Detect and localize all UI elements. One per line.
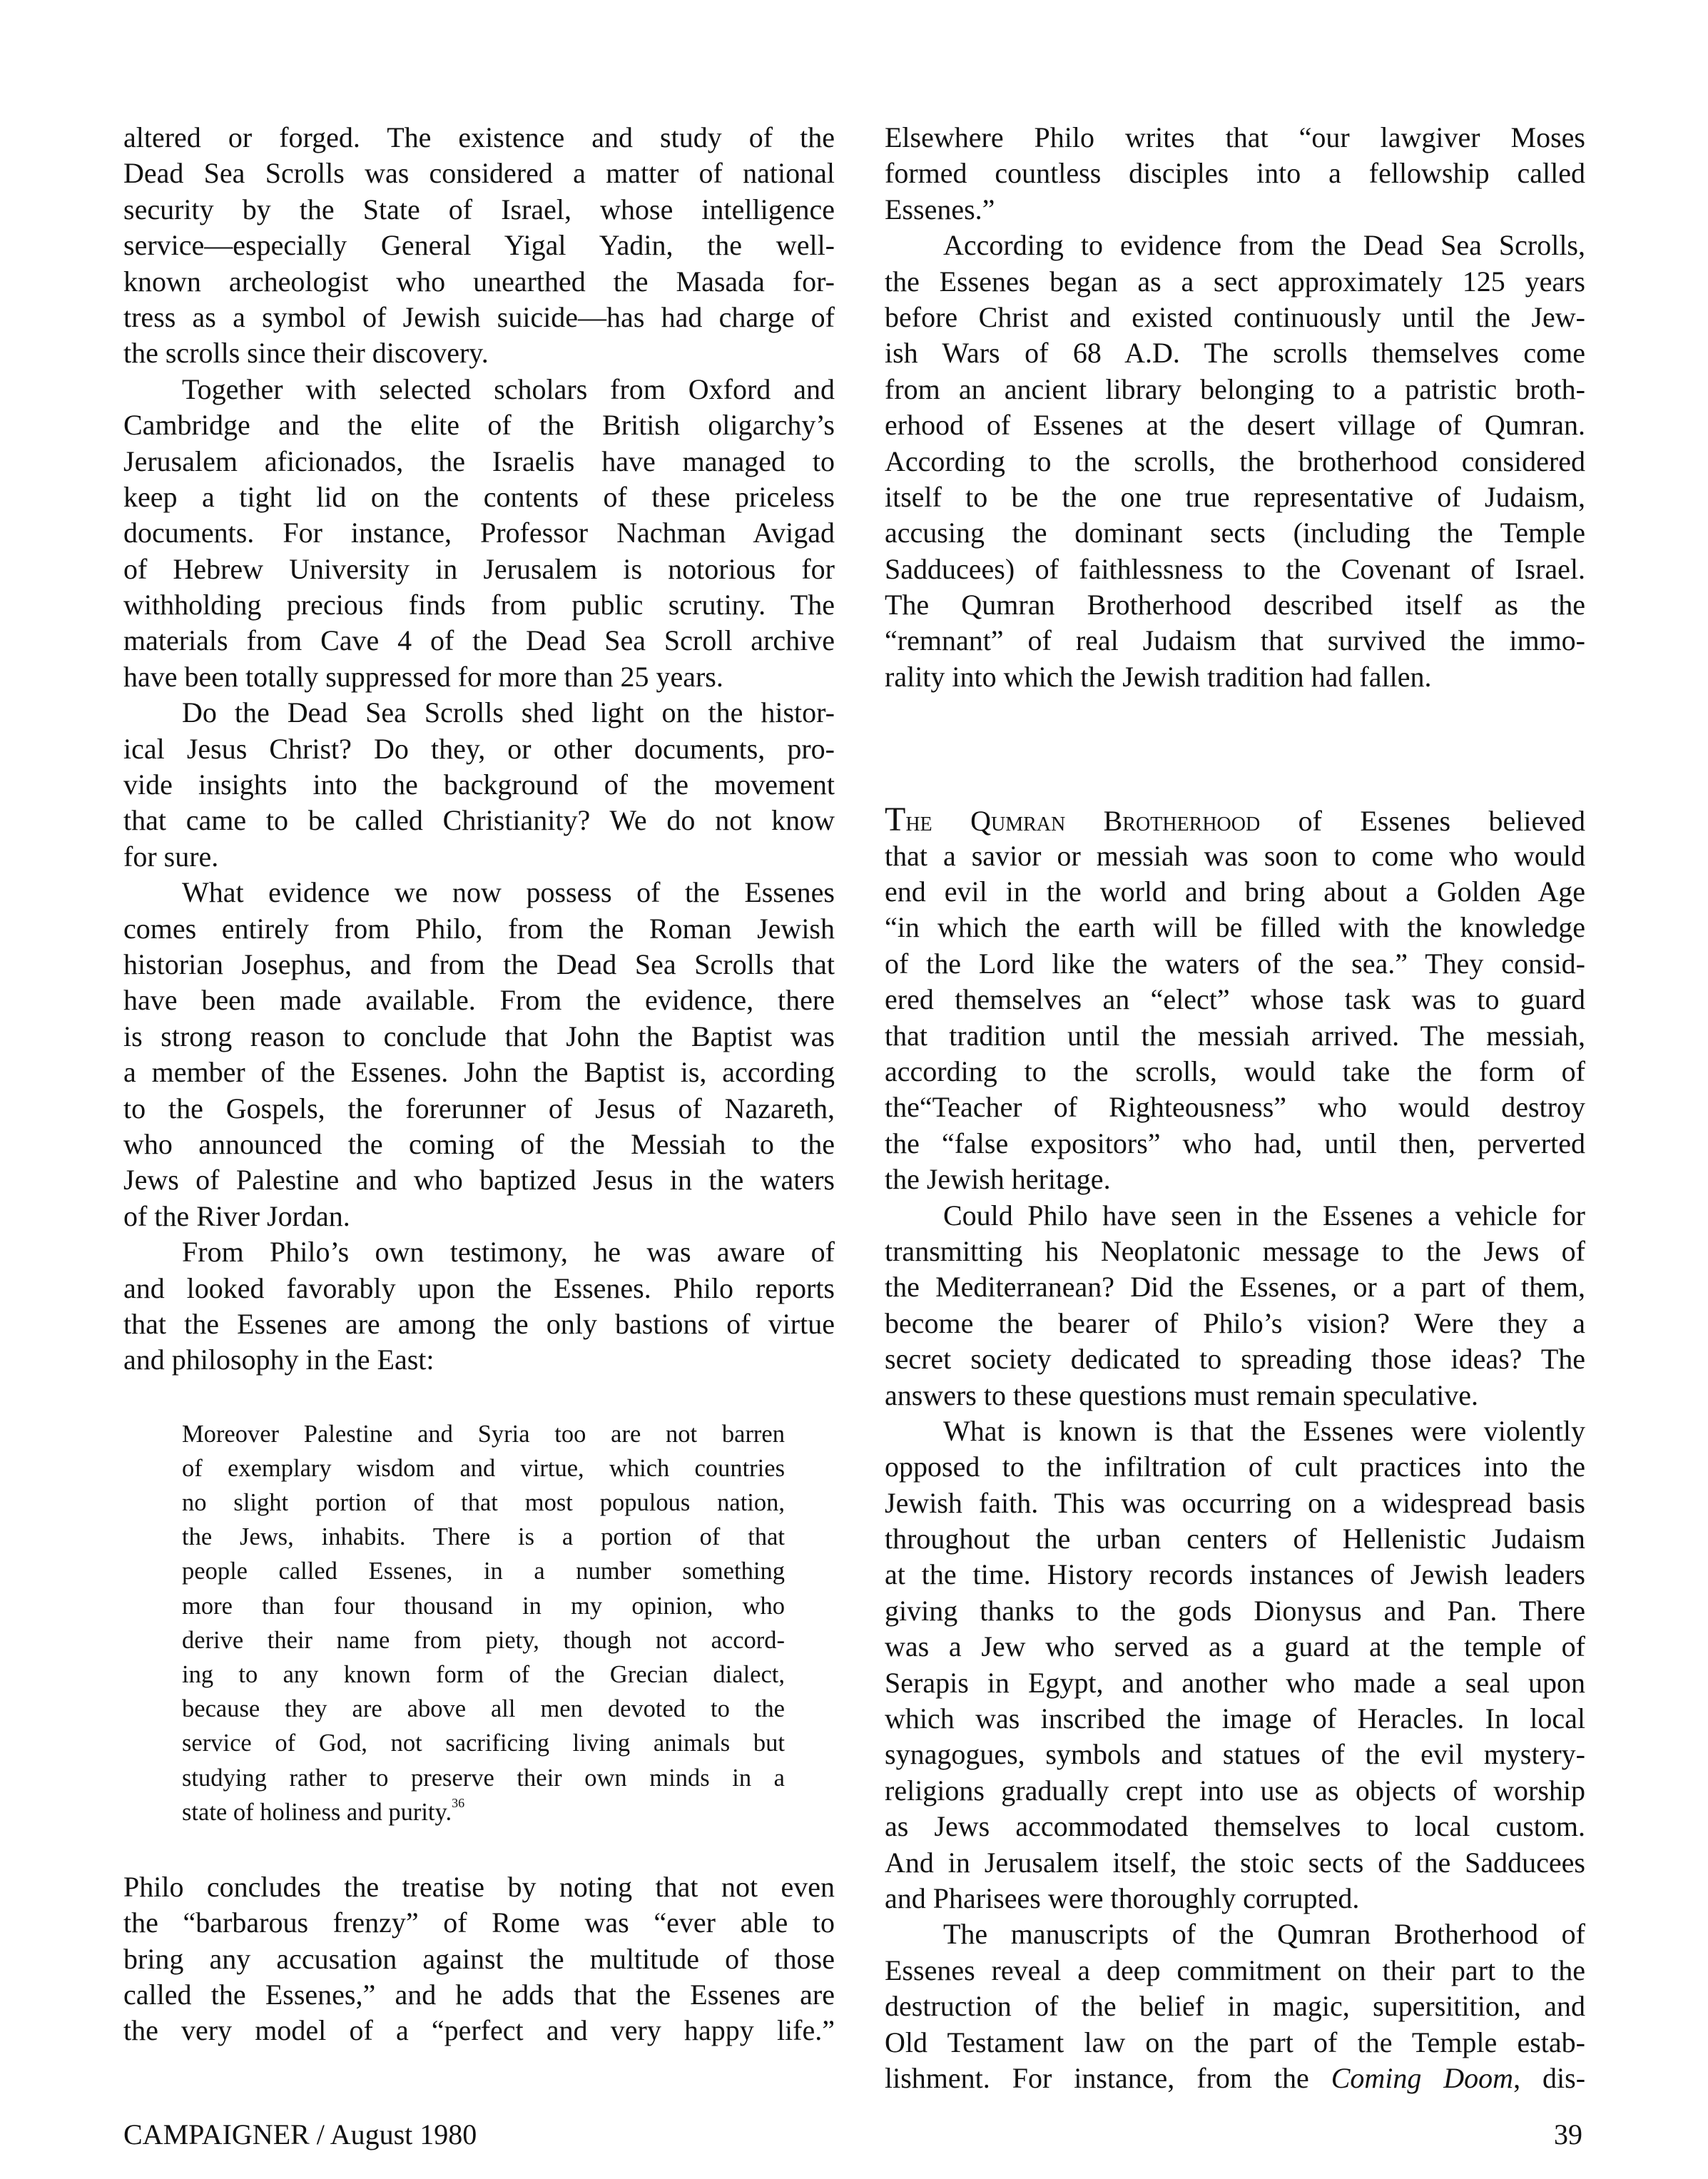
text-line: And in Jerusalem itself, the stoic sects…	[885, 1845, 1585, 1881]
text-line: Dead Sea Scrolls was considered a matter…	[123, 156, 835, 191]
paragraph-according-to-evidence: According to evidence from the Dead Sea …	[885, 228, 1585, 695]
text-line: ical Jesus Christ? Do they, or other doc…	[123, 731, 835, 767]
quote-line: state of holiness and purity.36	[182, 1795, 785, 1829]
text-line: the “false expositors” who had, until th…	[885, 1126, 1585, 1162]
text-line: Elsewhere Philo writes that “our lawgive…	[885, 120, 1585, 156]
quote-line: the Jews, inhabits. There is a portion o…	[182, 1520, 785, 1554]
text-line: secret society dedicated to spreading th…	[885, 1341, 1585, 1377]
text-line: formed countless disciples into a fellow…	[885, 156, 1585, 191]
text-line: as Jews accommodated themselves to local…	[885, 1809, 1585, 1844]
text-line: “in which the earth will be filled with …	[885, 910, 1585, 945]
text-line: From Philo’s own testimony, he was aware…	[123, 1234, 835, 1270]
text-line: known archeologist who unearthed the Mas…	[123, 264, 835, 300]
text-line: tress as a symbol of Jewish suicide—has …	[123, 300, 835, 335]
text-line: “remnant” of real Judaism that survived …	[885, 623, 1585, 659]
block-quote-philo: Moreover Palestine and Syria too are not…	[182, 1417, 785, 1829]
text-line: that tradition until the messiah arrived…	[885, 1018, 1585, 1054]
text-line: altered or forged. The existence and stu…	[123, 120, 835, 156]
text-line: According to evidence from the Dead Sea …	[885, 228, 1585, 263]
text-line: and Pharisees were thoroughly corrupted.	[885, 1881, 1585, 1916]
quote-line: service of God, not sacrificing living a…	[182, 1726, 785, 1760]
text-line: the“Teacher of Righteousness” who would …	[885, 1089, 1585, 1125]
text-line: which was inscribed the image of Heracle…	[885, 1701, 1585, 1737]
text-line: Cambridge and the elite of the British o…	[123, 407, 835, 443]
text-line: a member of the Essenes. John the Baptis…	[123, 1055, 835, 1090]
text-line: that the Essenes are among the only bast…	[123, 1306, 835, 1342]
text-line: religions gradually crept into use as ob…	[885, 1773, 1585, 1809]
text-line: opposed to the infiltration of cult prac…	[885, 1449, 1585, 1485]
text-line: rality into which the Jewish tradition h…	[885, 659, 1585, 695]
quote-line: of exemplary wisdom and virtue, which co…	[182, 1451, 785, 1485]
text-line: accusing the dominant sects (including t…	[885, 515, 1585, 551]
quote-line: Moreover Palestine and Syria too are not…	[182, 1417, 785, 1451]
right-column: Elsewhere Philo writes that “our lawgive…	[885, 120, 1585, 2096]
text-line: and looked favorably upon the Essenes. P…	[123, 1271, 835, 1306]
quote-last-text: state of holiness and purity.	[182, 1799, 452, 1826]
text-line: have been totally suppressed for more th…	[123, 659, 835, 695]
text-line: Essenes reveal a deep commitment on thei…	[885, 1953, 1585, 1988]
work-title-coming-doom: Coming Doom	[1331, 2062, 1513, 2094]
lead-in-smallcaps: he Qumran Brotherhood	[905, 805, 1260, 837]
quote-line: ing to any known form of the Grecian dia…	[182, 1657, 785, 1692]
paragraph-evidence: What evidence we now possess of the Esse…	[123, 875, 835, 1234]
text-line: at the time. History records instances o…	[885, 1557, 1585, 1593]
text-line: the very model of a “perfect and very ha…	[123, 2013, 835, 2048]
text-line: Philo concludes the treatise by noting t…	[123, 1869, 835, 1905]
quote-line: more than four thousand in my opinion, w…	[182, 1589, 785, 1623]
text-line: comes entirely from Philo, from the Roma…	[123, 911, 835, 947]
text-line: transmitting his Neoplatonic message to …	[885, 1234, 1585, 1269]
text-line: documents. For instance, Professor Nachm…	[123, 515, 835, 551]
footnote-reference[interactable]: 36	[452, 1796, 464, 1810]
text-line: throughout the urban centers of Hellenis…	[885, 1521, 1585, 1557]
text-line: the Mediterranean? Did the Essenes, or a…	[885, 1269, 1585, 1305]
text-line: for sure.	[123, 839, 835, 875]
text-line: the Essenes began as a sect approximatel…	[885, 264, 1585, 300]
paragraph-historical-jesus: Do the Dead Sea Scrolls shed light on th…	[123, 695, 835, 875]
footer-page-number: 39	[1554, 2118, 1582, 2151]
text-line: Serapis in Egypt, and another who made a…	[885, 1665, 1585, 1701]
text-line: bring any accusation against the multitu…	[123, 1941, 835, 1977]
section-lead-in-line: The Qumran Brotherhood of Essenes believ…	[885, 802, 1585, 838]
paragraph-philo-concludes: Philo concludes the treatise by noting t…	[123, 1869, 835, 2049]
text-line: answers to these questions must remain s…	[885, 1378, 1585, 1413]
text-line: of the Lord like the waters of the sea.”…	[885, 946, 1585, 982]
quote-line: because they are above all men devoted t…	[182, 1692, 785, 1726]
text-line: the scrolls since their discovery.	[123, 335, 835, 371]
text-line: materials from Cave 4 of the Dead Sea Sc…	[123, 623, 835, 659]
text-line: The Qumran Brotherhood described itself …	[885, 587, 1585, 623]
text-line: destruction of the belief in magic, supe…	[885, 1988, 1585, 2024]
text-line: end evil in the world and bring about a …	[885, 874, 1585, 910]
text-line: Sadducees) of faithlessness to the Coven…	[885, 552, 1585, 587]
text-before-title: lishment. For instance, from the	[885, 2062, 1331, 2094]
paragraph-oxford-cambridge: Together with selected scholars from Oxf…	[123, 372, 835, 696]
paragraph-philo-testimony: From Philo’s own testimony, he was aware…	[123, 1234, 835, 1378]
text-line: was a Jew who served as a guard at the t…	[885, 1629, 1585, 1665]
text-line: keep a tight lid on the contents of thes…	[123, 479, 835, 515]
text-line: is strong reason to conclude that John t…	[123, 1019, 835, 1055]
text-line: and philosophy in the East:	[123, 1342, 835, 1378]
text-line: ish Wars of 68 A.D. The scrolls themselv…	[885, 335, 1585, 371]
footer-publication: CAMPAIGNER / August 1980	[123, 2118, 477, 2151]
text-line: historian Josephus, and from the Dead Se…	[123, 947, 835, 982]
text-line: before Christ and existed continuously u…	[885, 300, 1585, 335]
paragraph-could-philo: Could Philo have seen in the Essenes a v…	[885, 1198, 1585, 1413]
text-line: itself to be the one true representative…	[885, 479, 1585, 515]
text-line: Do the Dead Sea Scrolls shed light on th…	[123, 695, 835, 731]
text-line: Could Philo have seen in the Essenes a v…	[885, 1198, 1585, 1234]
text-line: security by the State of Israel, whose i…	[123, 192, 835, 228]
lead-in-capital: T	[885, 801, 905, 838]
text-line: that came to be called Christianity? We …	[123, 803, 835, 838]
text-line: according to the scrolls, would take the…	[885, 1054, 1585, 1089]
text-line: giving thanks to the gods Dionysus and P…	[885, 1593, 1585, 1629]
text-line: have been made available. From the evide…	[123, 982, 835, 1018]
text-line: Jerusalem aficionados, the Israelis have…	[123, 444, 835, 479]
text-line: Jews of Palestine and who baptized Jesus…	[123, 1162, 835, 1198]
paragraph-elsewhere-philo: Elsewhere Philo writes that “our lawgive…	[885, 120, 1585, 228]
text-line: of Hebrew University in Jerusalem is not…	[123, 552, 835, 587]
text-line: that a savior or messiah was soon to com…	[885, 838, 1585, 874]
text-line-with-title: lishment. For instance, from the Coming …	[885, 2061, 1585, 2096]
paragraph-manuscripts: The manuscripts of the Qumran Brotherhoo…	[885, 1916, 1585, 2096]
text-line: What evidence we now possess of the Esse…	[123, 875, 835, 910]
quote-line: people called Essenes, in a number somet…	[182, 1554, 785, 1588]
text-line: Together with selected scholars from Oxf…	[123, 372, 835, 407]
left-column: altered or forged. The existence and stu…	[123, 120, 835, 2049]
quote-line: no slight portion of that most populous …	[182, 1485, 785, 1520]
paragraph-what-is-known: What is known is that the Essenes were v…	[885, 1413, 1585, 1916]
text-line: to the Gospels, the forerunner of Jesus …	[123, 1091, 835, 1127]
quote-line: studying rather to preserve their own mi…	[182, 1761, 785, 1795]
text-line: vide insights into the background of the…	[123, 767, 835, 803]
text-line: What is known is that the Essenes were v…	[885, 1413, 1585, 1449]
text-line: Essenes.”	[885, 192, 1585, 228]
text-line: Old Testament law on the part of the Tem…	[885, 2025, 1585, 2061]
text-line: synagogues, symbols and statues of the e…	[885, 1737, 1585, 1772]
text-line: erhood of Essenes at the desert village …	[885, 407, 1585, 443]
text-line: withholding precious finds from public s…	[123, 587, 835, 623]
text-line: who announced the coming of the Messiah …	[123, 1127, 835, 1162]
lead-in-rest: of Essenes believed	[1260, 805, 1585, 837]
text-line: According to the scrolls, the brotherhoo…	[885, 444, 1585, 479]
section-qumran-brotherhood: The Qumran Brotherhood of Essenes believ…	[885, 802, 1585, 1197]
text-line: the Jewish heritage.	[885, 1162, 1585, 1197]
text-line: of the River Jordan.	[123, 1199, 835, 1234]
text-line: service—especially General Yigal Yadin, …	[123, 228, 835, 263]
text-line: become the bearer of Philo’s vision? Wer…	[885, 1306, 1585, 1341]
quote-line: derive their name from piety, though not…	[182, 1623, 785, 1657]
text-line: The manuscripts of the Qumran Brotherhoo…	[885, 1916, 1585, 1952]
text-line: from an ancient library belonging to a p…	[885, 372, 1585, 407]
text-line: the “barbarous frenzy” of Rome was “ever…	[123, 1905, 835, 1941]
text-line: called the Essenes,” and he adds that th…	[123, 1977, 835, 2013]
paragraph-scrolls-security: altered or forged. The existence and stu…	[123, 120, 835, 372]
text-line: ered themselves an “elect” whose task wa…	[885, 982, 1585, 1017]
text-after-title: , dis-	[1513, 2062, 1585, 2094]
text-line: Jewish faith. This was occurring on a wi…	[885, 1485, 1585, 1521]
